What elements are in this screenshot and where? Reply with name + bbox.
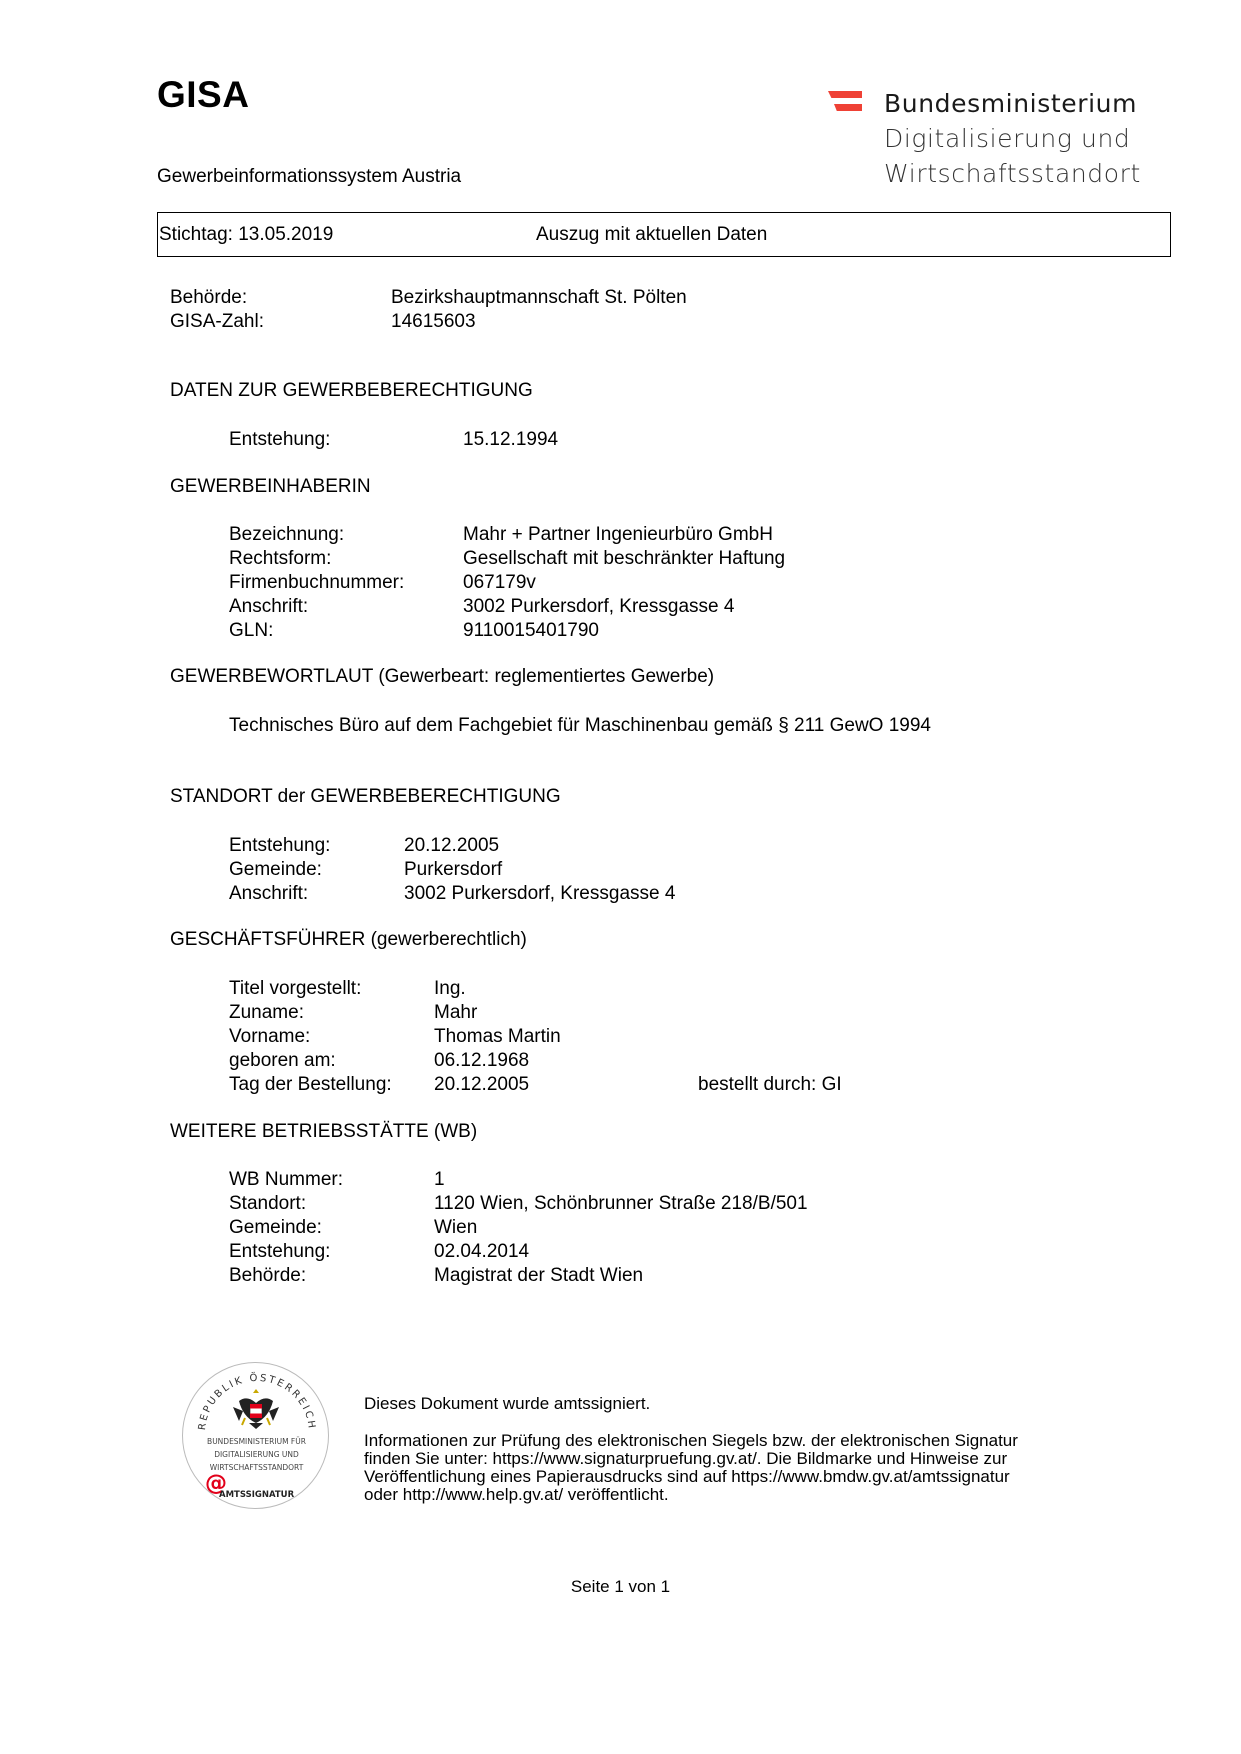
- field-label: Entstehung:: [229, 1240, 330, 1264]
- ministry-line-2: Digitalisierung und: [884, 121, 1141, 156]
- field-label: Zuname:: [229, 1001, 304, 1025]
- seal-label: AMTSSIGNATUR: [219, 1490, 294, 1500]
- field-label: Vorname:: [229, 1025, 310, 1049]
- field-value: 067179v: [463, 571, 536, 595]
- section-heading-gewerbeberechtigung: DATEN ZUR GEWERBEBERECHTIGUNG: [170, 380, 533, 402]
- section-heading-standort: STANDORT der GEWERBEBERECHTIGUNG: [170, 786, 561, 808]
- field-label: Behörde:: [170, 286, 247, 310]
- austrian-flag-icon: [828, 91, 864, 115]
- section-heading-geschaeftsfuehrer: GESCHÄFTSFÜHRER (gewerberechtlich): [170, 929, 527, 951]
- field-label: Entstehung:: [229, 428, 330, 452]
- signature-info-line: Informationen zur Prüfung des elektronis…: [364, 1432, 1018, 1450]
- field-value: Gesellschaft mit beschränkter Haftung: [463, 547, 785, 571]
- document-title: GISA: [157, 74, 249, 116]
- field-value: 20.12.2005: [434, 1073, 529, 1097]
- field-value: 1: [434, 1168, 445, 1192]
- wortlaut-text: Technisches Büro auf dem Fachgebiet für …: [229, 714, 931, 738]
- field-value: Mahr + Partner Ingenieurbüro GmbH: [463, 523, 773, 547]
- field-label: WB Nummer:: [229, 1168, 343, 1192]
- field-label: GISA-Zahl:: [170, 310, 264, 334]
- field-value: 3002 Purkersdorf, Kressgasse 4: [463, 595, 734, 619]
- field-label: Behörde:: [229, 1264, 306, 1288]
- amtssignatur-seal: REPUBLIK ÖSTERREICH BUNDESMINISTERIUM FÜ…: [182, 1362, 329, 1509]
- field-value: Ing.: [434, 977, 466, 1001]
- info-box: Stichtag: 13.05.2019 Auszug mit aktuelle…: [157, 212, 1171, 257]
- field-value: Bezirkshauptmannschaft St. Pölten: [391, 286, 687, 310]
- field-value: 06.12.1968: [434, 1049, 529, 1073]
- extract-type: Auszug mit aktuellen Daten: [536, 224, 767, 246]
- ministry-line-3: Wirtschaftsstandort: [884, 156, 1141, 191]
- field-value: 9110015401790: [463, 619, 599, 643]
- field-label: Rechtsform:: [229, 547, 331, 571]
- field-value: 14615603: [391, 310, 476, 334]
- field-label: Gemeinde:: [229, 1216, 322, 1240]
- section-heading-betriebsstaette: WEITERE BETRIEBSSTÄTTE (WB): [170, 1121, 477, 1143]
- ministry-line-1: Bundesministerium: [884, 86, 1141, 121]
- field-label: GLN:: [229, 619, 273, 643]
- field-label: Entstehung:: [229, 834, 330, 858]
- signature-info: Informationen zur Prüfung des elektronis…: [364, 1432, 1018, 1504]
- field-value: 02.04.2014: [434, 1240, 529, 1264]
- field-label: Anschrift:: [229, 595, 308, 619]
- section-heading-inhaberin: GEWERBEINHABERIN: [170, 476, 371, 498]
- field-value: 1120 Wien, Schönbrunner Straße 218/B/501: [434, 1192, 808, 1216]
- field-label: geboren am:: [229, 1049, 336, 1073]
- field-value: Magistrat der Stadt Wien: [434, 1264, 643, 1288]
- field-label: Firmenbuchnummer:: [229, 571, 404, 595]
- field-value: Mahr: [434, 1001, 477, 1025]
- page-number: Seite 1 von 1: [0, 1577, 1241, 1597]
- signature-info-line: Veröffentlichung eines Papierausdrucks s…: [364, 1468, 1018, 1486]
- field-label: Bezeichnung:: [229, 523, 344, 547]
- field-label: Anschrift:: [229, 882, 308, 906]
- field-value: Thomas Martin: [434, 1025, 561, 1049]
- stichtag-date: Stichtag: 13.05.2019: [159, 224, 333, 246]
- signature-info-line: finden Sie unter: https://www.signaturpr…: [364, 1450, 1018, 1468]
- field-label: Tag der Bestellung:: [229, 1073, 392, 1097]
- seal-line-2: DIGITALISIERUNG UND: [183, 1448, 330, 1461]
- bestellt-durch: bestellt durch: GI: [698, 1073, 842, 1097]
- section-heading-wortlaut: GEWERBEWORTLAUT (Gewerbeart: reglementie…: [170, 666, 714, 688]
- field-label: Standort:: [229, 1192, 306, 1216]
- field-value: Wien: [434, 1216, 477, 1240]
- document-subtitle: Gewerbeinformationssystem Austria: [157, 166, 461, 188]
- signature-info-line: oder http://www.help.gv.at/ veröffentlic…: [364, 1486, 1018, 1504]
- field-value: 15.12.1994: [463, 428, 558, 452]
- field-label: Gemeinde:: [229, 858, 322, 882]
- field-label: Titel vorgestellt:: [229, 977, 361, 1001]
- seal-line-1: BUNDESMINISTERIUM FÜR: [183, 1435, 330, 1448]
- field-value: 3002 Purkersdorf, Kressgasse 4: [404, 882, 675, 906]
- eagle-icon: [233, 1389, 279, 1429]
- field-value: 20.12.2005: [404, 834, 499, 858]
- signature-notice: Dieses Dokument wurde amtssigniert.: [364, 1395, 650, 1413]
- field-value: Purkersdorf: [404, 858, 502, 882]
